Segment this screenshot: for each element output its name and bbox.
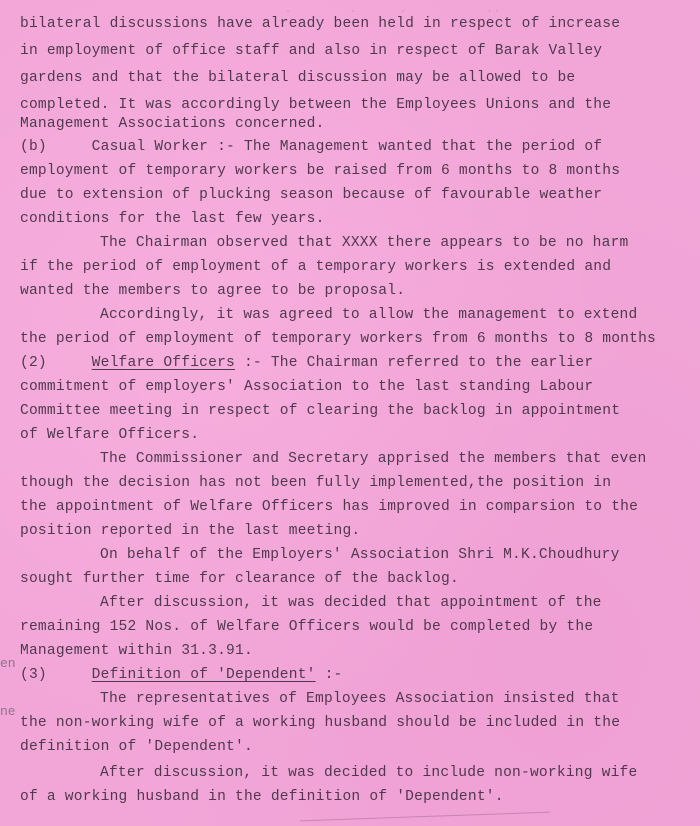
section-label: (b) (20, 139, 47, 155)
text-line: the non-working wife of a working husban… (20, 714, 620, 732)
margin-note: ne (0, 704, 16, 719)
text-line: the period of employment of temporary wo… (20, 330, 656, 348)
text-line: sought further time for clearance of the… (20, 570, 459, 588)
text-line: The Commissioner and Secretary apprised … (100, 450, 646, 468)
text-line: Accordingly, it was agreed to allow the … (100, 306, 637, 324)
text-line: due to extension of plucking season beca… (20, 186, 602, 204)
text-line: employment of temporary workers be raise… (20, 162, 620, 180)
text-line: Committee meeting in respect of clearing… (20, 402, 620, 420)
section-heading: Definition of 'Dependent' (92, 667, 316, 683)
text-line: of Welfare Officers. (20, 426, 199, 444)
text-line: Management Associations concerned. (20, 115, 325, 133)
text-line: After discussion, it was decided to incl… (100, 764, 637, 782)
section-welfare-officers-heading: (2) Welfare Officers :- The Chairman ref… (20, 354, 593, 372)
text-line: After discussion, it was decided that ap… (100, 594, 602, 612)
section-label: (3) (20, 667, 47, 683)
pencil-mark (300, 812, 550, 822)
text-line: remaining 152 Nos. of Welfare Officers w… (20, 618, 593, 636)
section-dependent-heading: (3) Definition of 'Dependent' :- (20, 666, 343, 684)
bleed-through-text: . . . .. (270, 2, 500, 16)
text-line: The representatives of Employees Associa… (100, 690, 620, 708)
text-line: completed. It was accordingly between th… (20, 96, 611, 114)
text-line: gardens and that the bilateral discussio… (20, 69, 575, 87)
text-line: though the decision has not been fully i… (20, 474, 611, 492)
section-casual-worker-heading: (b) Casual Worker :- The Management want… (20, 138, 602, 156)
text-line: position reported in the last meeting. (20, 522, 360, 540)
text-line: Management within 31.3.91. (20, 642, 253, 660)
document-page: . . . .. bilateral discussions have alre… (0, 0, 700, 826)
text-line: bilateral discussions have already been … (20, 15, 620, 33)
text-line: of a working husband in the definition o… (20, 788, 504, 806)
section-heading: Welfare Officers (92, 355, 235, 371)
text-line: wanted the members to agree to be propos… (20, 282, 405, 300)
text-line: On behalf of the Employers' Association … (100, 546, 620, 564)
section-label: (2) (20, 355, 47, 371)
text-line: if the period of employment of a tempora… (20, 258, 611, 276)
text-line: commitment of employers' Association to … (20, 378, 593, 396)
text-line: in employment of office staff and also i… (20, 42, 602, 60)
text-line: conditions for the last few years. (20, 210, 325, 228)
section-heading: Casual Worker (92, 139, 208, 155)
margin-note: en (0, 656, 16, 671)
text-line: definition of 'Dependent'. (20, 738, 253, 756)
text-line: the appointment of Welfare Officers has … (20, 498, 638, 516)
text-line: The Chairman observed that XXXX there ap… (100, 234, 629, 252)
